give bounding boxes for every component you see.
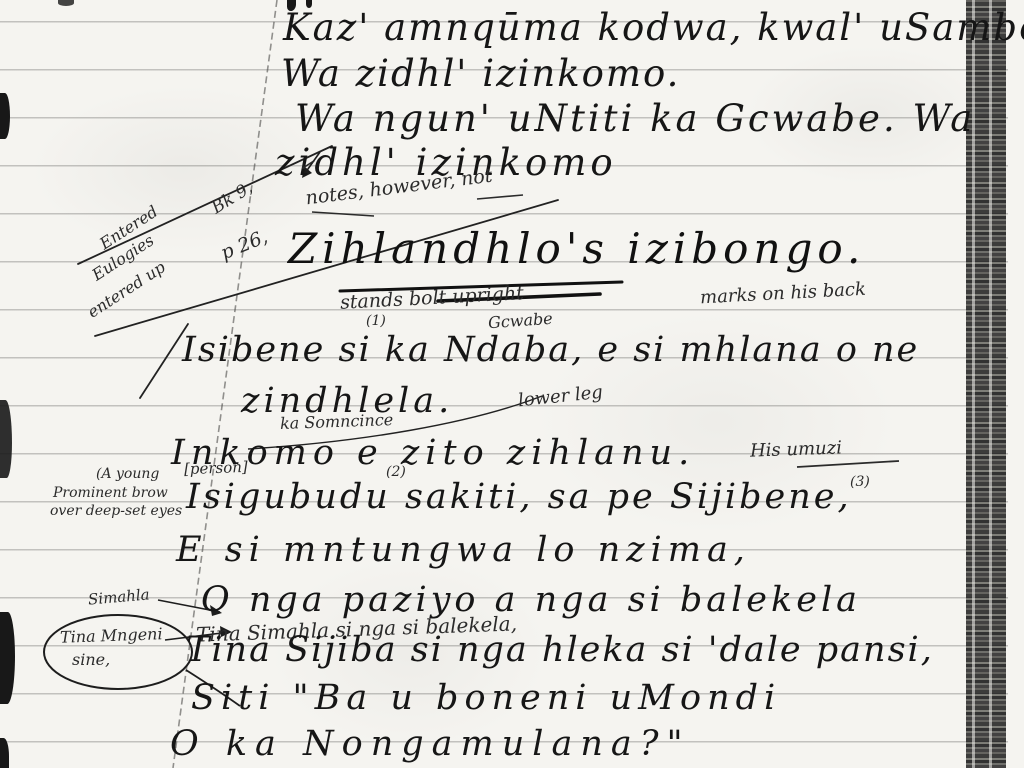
- poem-line-6: O nga paziyo a nga si balekela: [201, 580, 861, 620]
- poem-line-4: Isigubudu sakiti, sa pe Sijibene,: [186, 477, 852, 517]
- margin-note-brow-line-3: over deep-set eyes: [50, 503, 182, 519]
- book-reference-note: Bk 9,: [208, 178, 256, 219]
- margin-note-simahla: Simahla: [87, 585, 150, 608]
- gloss-person: [person]: [184, 458, 248, 478]
- margin-note-brow-line-1: (A young: [96, 466, 159, 482]
- gloss-gcwabe: Gcwabe: [487, 309, 553, 332]
- gloss-marks-on-back: marks on his back: [700, 279, 867, 309]
- superscript-3: (3): [850, 474, 870, 490]
- poem-line-3: Inkomo e zito zihlanu.: [171, 433, 695, 473]
- gloss-stands-bolt-upright: stands bolt upright: [340, 282, 525, 314]
- gloss-lower-leg: lower leg: [517, 382, 604, 412]
- diagonal-stroke: [140, 324, 188, 398]
- poem-line-5: E si mntungwa lo nzima,: [176, 530, 751, 570]
- poem-line-7: Tina Sijiba si nga hleka si 'dale pansi,: [186, 630, 934, 670]
- poem-line-1: Isibene si ka Ndaba, e si mhlana o ne: [182, 330, 919, 370]
- scanned-manuscript-page: Kaz' amnqūma kodwa, kwal' uSambela. Wa z…: [0, 0, 1024, 768]
- gloss-his-umuzi: His umuzi: [750, 437, 843, 461]
- poem-line-8: Siti "Ba u boneni uMondi: [191, 678, 781, 718]
- word-underline: [797, 461, 899, 467]
- balloon-note-line-1: Tina Mngeni: [60, 624, 163, 647]
- word-underline: [312, 212, 374, 216]
- left-edge-scan-artifact: [0, 400, 12, 478]
- left-edge-scan-artifact: [0, 612, 15, 704]
- balloon-note-line-2: sine,: [72, 650, 110, 669]
- gloss-ka-somncince: ka Somncince: [280, 410, 394, 433]
- left-edge-scan-artifact: [0, 93, 10, 139]
- handwritten-line-1: Kaz' amnqūma kodwa, kwal' uSambela.: [283, 6, 1024, 49]
- margin-note-brow-line-2: Prominent brow: [53, 485, 168, 501]
- page-heading: Zihlandhlo's izibongo.: [288, 224, 865, 273]
- superscript-1: (1): [366, 313, 386, 329]
- word-underline: [477, 195, 523, 199]
- poem-line-9: O ka Nongamulana?": [170, 724, 691, 764]
- handwritten-line-3: Wa ngun' uNtiti ka Gcwabe. Wa: [295, 97, 975, 140]
- handwritten-line-2: Wa zidhl' izinkomo.: [281, 52, 680, 95]
- left-edge-scan-artifact: [0, 738, 9, 768]
- top-edge-scan-artifact: [58, 0, 74, 6]
- page-reference-note: p 26,: [218, 226, 271, 265]
